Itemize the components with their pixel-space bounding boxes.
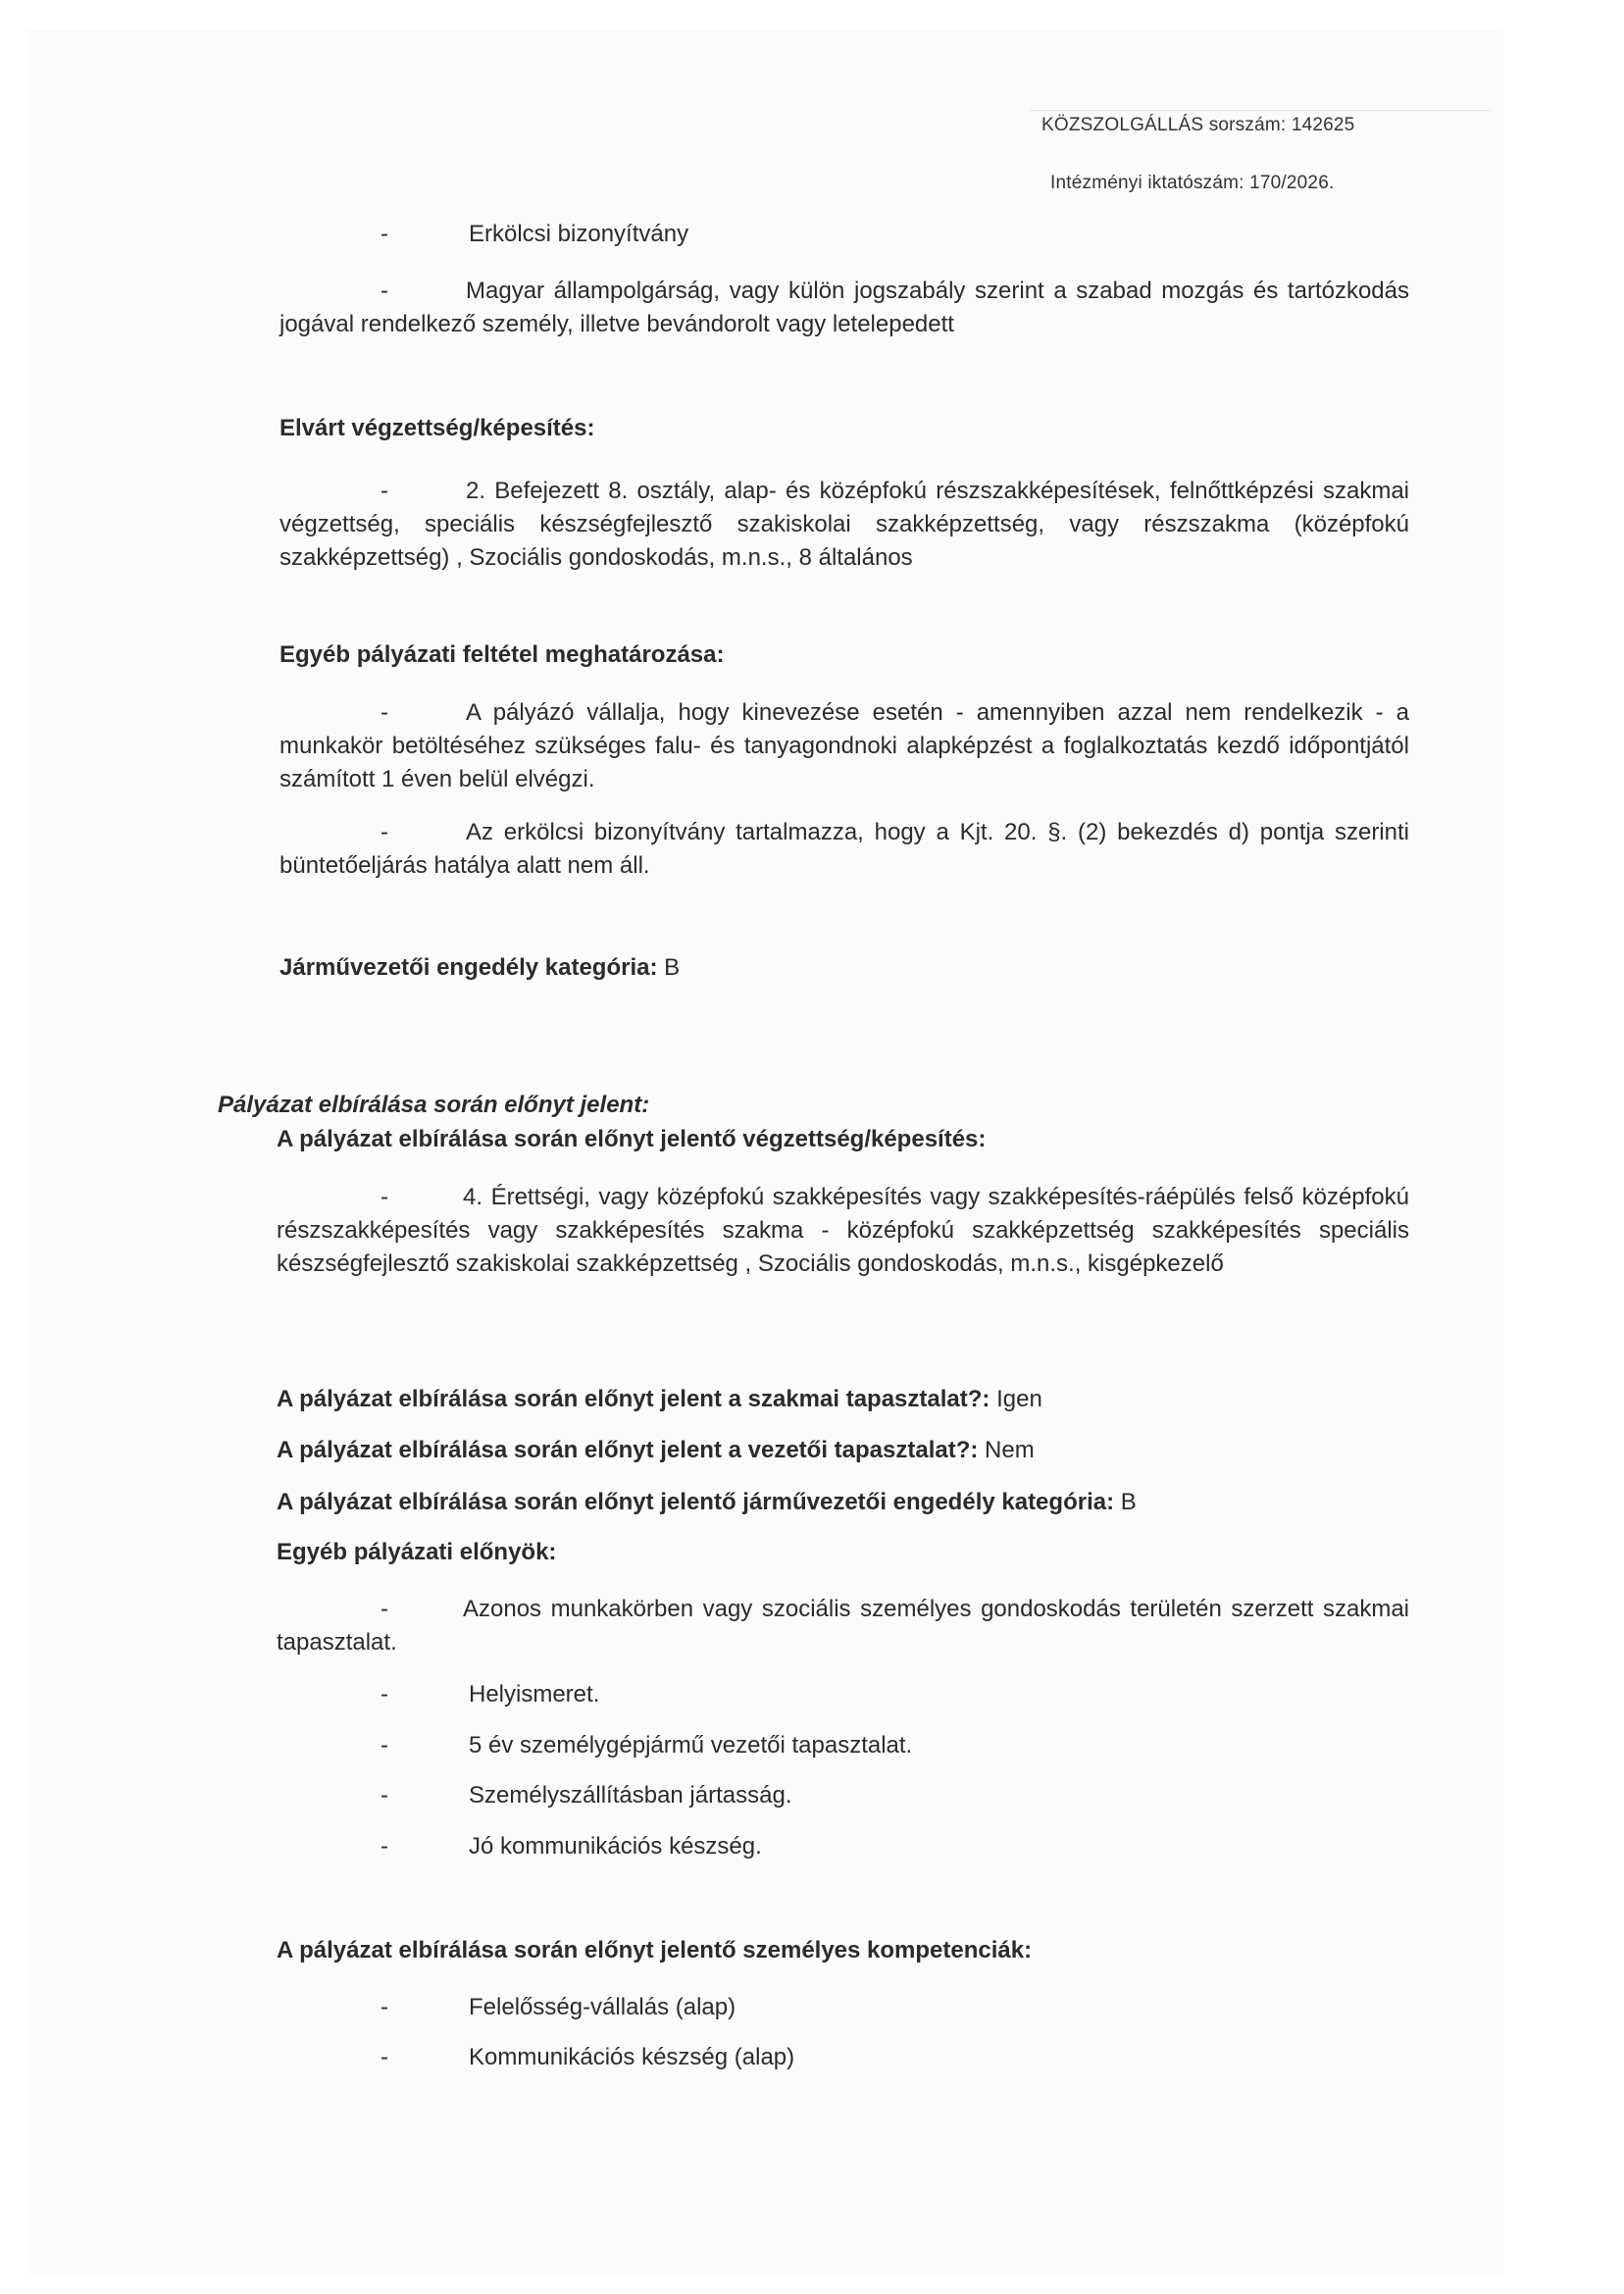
other-advantage-item: Jó kommunikációs készség. (469, 1830, 762, 1863)
license-label: Járművezetői engedély kategória: (279, 954, 657, 981)
other-condition-item: A pályázó vállalja, hogy kinevezése eset… (279, 696, 1409, 796)
other-condition-item: Az erkölcsi bizonyítvány tartalmazza, ho… (279, 816, 1409, 883)
license-requirement: Járművezetői engedély kategória: B (279, 951, 680, 985)
other-advantage-item: Személyszállításban jártasság. (469, 1779, 791, 1812)
bullet-dash: - (381, 1732, 394, 1759)
advantage-education-heading: A pályázat elbírálása során előnyt jelen… (277, 1123, 986, 1156)
requirement-item: Erkölcsi bizonyítvány (469, 218, 688, 251)
bullet-dash: - (381, 1681, 394, 1708)
management-experience-value: Nem (978, 1437, 1034, 1463)
bullet-dash: - (381, 1782, 394, 1810)
advantage-license-row: A pályázat elbírálása során előnyt jelen… (277, 1486, 1137, 1519)
header-divider (1030, 110, 1491, 111)
advantage-education-item: 4. Érettségi, vagy középfokú szakképesít… (277, 1181, 1409, 1281)
bullet-dash: - (381, 1833, 394, 1861)
professional-experience-value: Igen (990, 1386, 1041, 1412)
competency-item: Kommunikációs készség (alap) (469, 2041, 794, 2074)
bullet-dash: - (381, 2044, 394, 2071)
other-advantages-heading: Egyéb pályázati előnyök: (277, 1536, 556, 1569)
education-item: 2. Befejezett 8. osztály, alap- és közép… (279, 475, 1409, 575)
other-conditions-heading: Egyéb pályázati feltétel meghatározása: (279, 638, 725, 672)
bullet-dash: - (381, 221, 394, 248)
education-heading: Elvárt végzettség/képesítés: (279, 412, 594, 445)
professional-experience-label: A pályázat elbírálása során előnyt jelen… (277, 1386, 990, 1412)
other-advantage-item: 5 év személygépjármű vezetői tapasztalat… (469, 1729, 912, 1762)
advantages-section-heading: Pályázat elbírálása során előnyt jelent: (218, 1089, 649, 1122)
other-advantage-item: Azonos munkakörben vagy szociális személ… (277, 1593, 1409, 1659)
competencies-heading: A pályázat elbírálása során előnyt jelen… (277, 1934, 1032, 1967)
advantage-license-value: B (1114, 1489, 1137, 1515)
management-experience-label: A pályázat elbírálása során előnyt jelen… (277, 1437, 978, 1463)
filing-number-label: Intézményi iktatószám: 170/2026. (1050, 173, 1334, 194)
license-value: B (657, 954, 680, 981)
other-advantage-item: Helyismeret. (469, 1678, 599, 1711)
competency-item: Felelősség-vállalás (alap) (469, 1991, 736, 2024)
management-experience-row: A pályázat elbírálása során előnyt jelen… (277, 1434, 1035, 1467)
professional-experience-row: A pályázat elbírálása során előnyt jelen… (277, 1383, 1042, 1416)
bullet-dash: - (381, 1994, 394, 2021)
requirement-item: Magyar állampolgárság, vagy külön jogsza… (279, 275, 1409, 341)
advantage-license-label: A pályázat elbírálása során előnyt jelen… (277, 1489, 1114, 1515)
serial-number-label: KÖZSZOLGÁLLÁS sorszám: 142625 (1041, 115, 1354, 136)
